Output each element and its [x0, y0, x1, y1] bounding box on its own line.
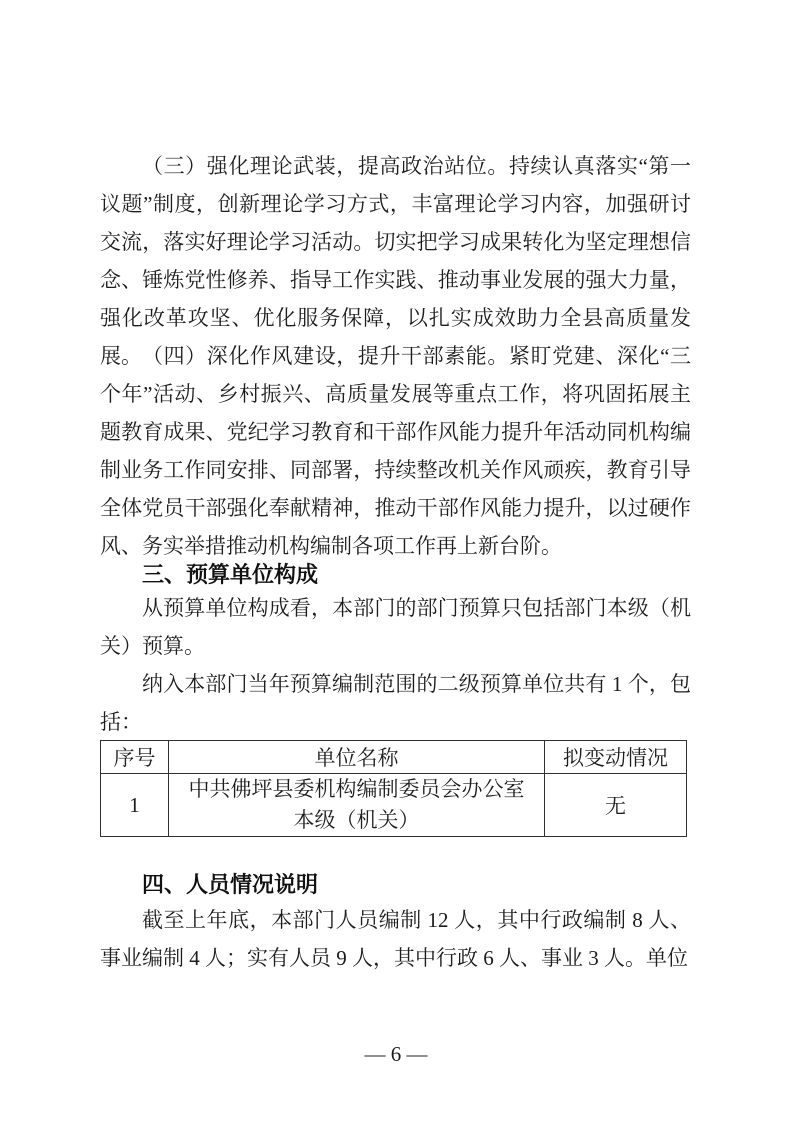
table-header-serial: 序号 [101, 741, 169, 774]
document-page: （三）强化理论武装，提高政治站位。持续认真落实“第一议题”制度，创新理论学习方式… [0, 0, 792, 1121]
budget-units-table: 序号 单位名称 拟变动情况 1 中共佛坪县委机构编制委员会办公室 本级（机关） … [100, 740, 687, 837]
section-heading-personnel: 四、人员情况说明 [100, 866, 691, 904]
table-header-change-status: 拟变动情况 [545, 741, 687, 774]
table-cell-serial: 1 [101, 774, 169, 837]
table-cell-unit-name: 中共佛坪县委机构编制委员会办公室 本级（机关） [169, 774, 545, 837]
page-number: — 6 — [0, 1039, 792, 1069]
paragraph-personnel-detail: 截至上年底，本部门人员编制 12 人，其中行政编制 8 人、事业编制 4 人；实… [100, 901, 691, 977]
paragraph-work-style: （四）深化作风建设，提升干部素能。紧盯党建、深化“三个年”活动、乡村振兴、高质量… [100, 337, 691, 565]
table-row: 1 中共佛坪县委机构编制委员会办公室 本级（机关） 无 [101, 774, 687, 837]
table-header-unit-name: 单位名称 [169, 741, 545, 774]
paragraph-budget-scope: 从预算单位构成看，本部门的部门预算只包括部门本级（机关）预算。 [100, 589, 691, 665]
table-cell-change-status: 无 [545, 774, 687, 837]
table-header-row: 序号 单位名称 拟变动情况 [101, 741, 687, 774]
paragraph-budget-units-count: 纳入本部门当年预算编制范围的二级预算单位共有 1 个，包括： [100, 665, 691, 741]
